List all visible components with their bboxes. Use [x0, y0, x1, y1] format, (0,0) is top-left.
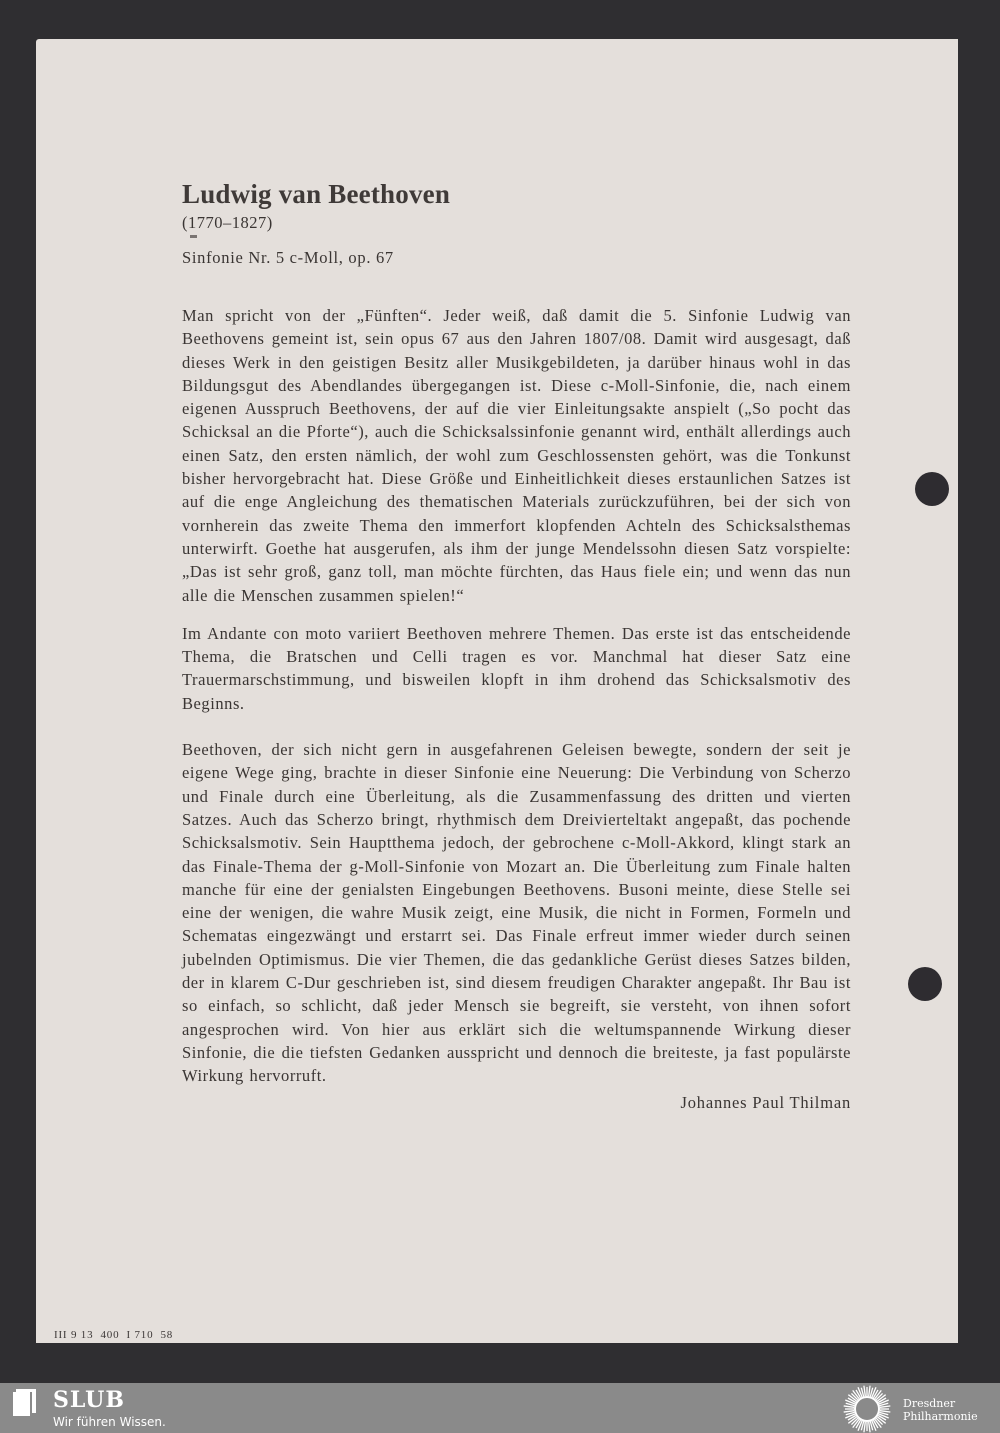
paragraph-first-movement: Man spricht von der „Fünften“. Jeder wei… [182, 304, 851, 607]
book-icon [12, 1389, 38, 1417]
philharmonie-logo-text[interactable]: Dresdner Philharmonie [903, 1397, 978, 1423]
footer-banner: SLUB Wir führen Wissen. Dresdner Philhar… [0, 1383, 1000, 1433]
author-signature: Johannes Paul Thilman [182, 1091, 851, 1115]
punch-hole-top [915, 472, 949, 506]
paragraph-scherzo-finale: Beethoven, der sich nicht gern in ausgef… [182, 738, 851, 1087]
sunburst-ring-icon [842, 1385, 892, 1433]
paragraph-andante: Im Andante con moto variiert Beethoven m… [182, 622, 851, 715]
composer-dates: (1770–1827) [182, 212, 851, 234]
print-code: III 9 13 400 I 710 58 [54, 1329, 173, 1341]
slub-tagline: Wir führen Wissen. [53, 1415, 166, 1429]
philharmonie-line2: Philharmonie [903, 1410, 978, 1423]
slub-logo-text[interactable]: SLUB [53, 1387, 125, 1413]
document-content: Ludwig van Beethoven (1770–1827) Sinfoni… [182, 178, 851, 1115]
composer-heading: Ludwig van Beethoven [182, 178, 851, 210]
philharmonie-line1: Dresdner [903, 1397, 978, 1410]
punch-hole-bottom [908, 967, 942, 1001]
work-title: Sinfonie Nr. 5 c-Moll, op. 67 [182, 247, 851, 269]
